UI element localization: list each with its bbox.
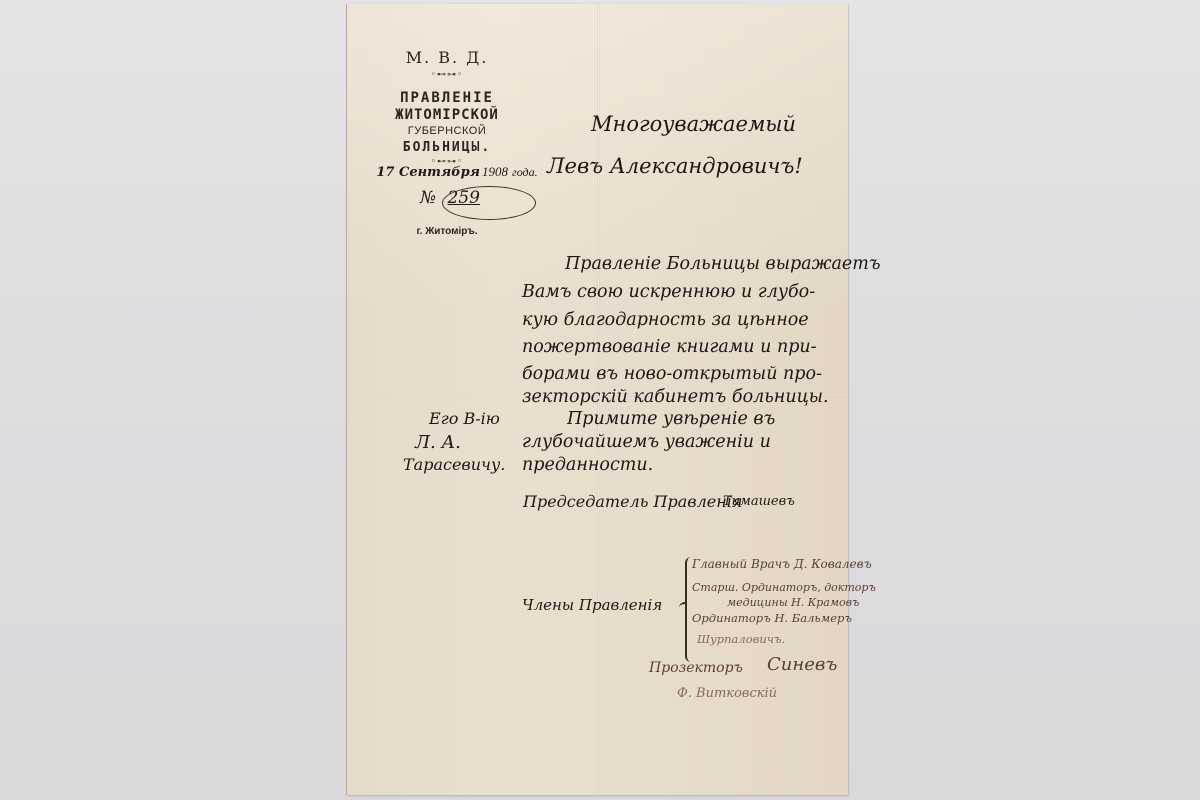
salutation-line-1: Многоуважаемый	[591, 112, 796, 136]
number-sign: №	[420, 188, 436, 208]
date-year: 1908	[482, 164, 508, 179]
member-signature: Шурпаловичъ.	[697, 632, 785, 646]
brace-tip	[679, 602, 685, 610]
body-line: пожертвованіе книгами и при-	[522, 337, 817, 357]
prosector-signature: Синевъ	[767, 654, 837, 675]
ornament-divider-icon: ◦⊷⊶◦	[347, 70, 547, 80]
letter-paper: М. В. Д. ◦⊷⊶◦ ПРАВЛЕНІЕ ЖИТОМІРСКОЙ ГУБЕ…	[347, 4, 848, 795]
letter-date: 17 Сентября1908года.	[362, 164, 552, 180]
body-line: Примите увѣреніе въ	[567, 409, 775, 429]
member-signature: Старш. Ординаторъ, докторъ	[692, 581, 876, 594]
letterhead-line-hospital: БОЛЬНИЦЫ.	[347, 140, 547, 155]
chairman-label: Председатель Правленія	[523, 492, 743, 511]
letterhead-line-provincial: ГУБЕРНСКОЙ	[347, 125, 547, 137]
letterhead-city: г. Житоміръ.	[347, 226, 547, 237]
body-line: Правленіе Больницы выражаетъ	[565, 254, 881, 274]
salutation-line-2: Левъ Александровичъ!	[547, 154, 803, 178]
body-line: Вамъ свою искреннюю и глубо-	[522, 282, 815, 302]
body-line: зекторскій кабинетъ больницы.	[522, 387, 829, 407]
body-line: преданности.	[522, 455, 653, 475]
number-value: 259	[448, 188, 480, 208]
member-signature: Ординаторъ Н. Бальмеръ	[692, 611, 852, 625]
chairman-signature: Тимашевъ	[723, 494, 795, 509]
date-suffix: года.	[512, 165, 538, 179]
body-line: кую благодарность за цѣнное	[522, 310, 809, 330]
addressee-line-3: Тарасевичу.	[403, 455, 505, 474]
body-line: глубочайшемъ уваженіи и	[522, 432, 771, 452]
members-label: Члены Правленія	[522, 596, 662, 614]
document-number: № 259	[402, 184, 552, 214]
members-brace	[685, 557, 695, 662]
ministry-abbreviation: М. В. Д.	[347, 48, 547, 67]
body-line: борами въ ново-открытый про-	[522, 364, 822, 384]
final-signature: Ф. Витковскій	[677, 686, 777, 701]
member-signature: Главный Врачъ Д. Ковалевъ	[692, 557, 872, 571]
member-signature: медицины Н. Крамовъ	[727, 596, 859, 609]
prosector-label: Прозекторъ	[649, 660, 743, 676]
date-day-month: 17 Сентября	[376, 165, 480, 180]
letterhead-line-board: ПРАВЛЕНІЕ	[347, 90, 547, 106]
addressee-line-2: Л. А.	[415, 432, 461, 453]
letterhead-line-zhitomir: ЖИТОМІРСКОЙ	[347, 107, 547, 123]
addressee-line-1: Его В-ію	[429, 409, 500, 428]
